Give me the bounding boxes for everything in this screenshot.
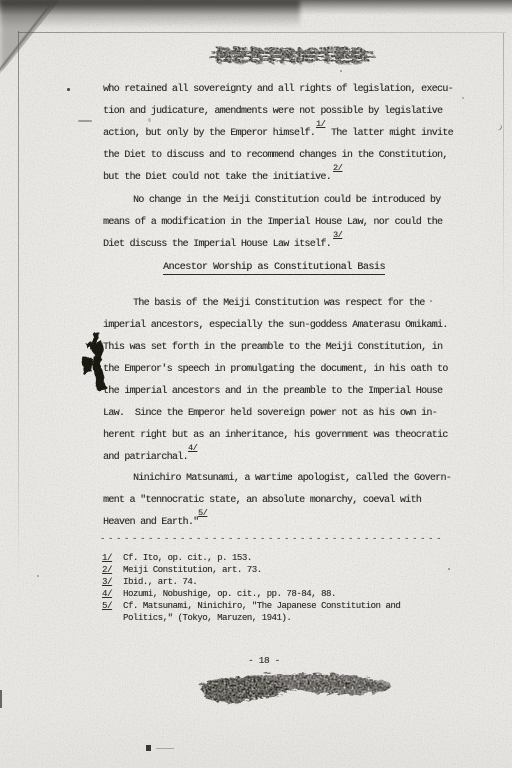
footnote-ref-3: 3/ [333, 230, 342, 240]
stray-dot [448, 568, 450, 570]
body-line: Heaven and Earth." [103, 517, 198, 528]
body-line: ment a "tennocratic state, an absolute m… [103, 495, 421, 506]
body-line: tion and judicature, amendments were not… [103, 106, 442, 117]
censor-scribble-stamp [196, 667, 392, 705]
body-line: the Emperor's speech in promulgating the… [103, 364, 448, 375]
footnote-text: Politics," (Tokyo, Maruzen, 1941). [123, 613, 291, 623]
body-line: Law. Since the Emperor held sovereign po… [103, 408, 437, 419]
body-line: The basis of the Meiji Constitution was … [133, 298, 425, 309]
ink-blot [80, 330, 112, 392]
body-line: This was set forth in the preamble to th… [103, 342, 442, 353]
footnote-text: Cf. Ito, op. cit., p. 153. [123, 553, 252, 563]
footnote-ref-4: 4/ [188, 443, 197, 453]
body-line: who retained all sovereignty and all rig… [103, 84, 453, 95]
bottom-stray-tail [156, 748, 174, 749]
footnote-marker: 1/ [102, 553, 123, 563]
page-number: - 18 - [248, 655, 280, 666]
left-edge-mark [0, 690, 2, 708]
footnote-ref-2: 2/ [333, 163, 342, 173]
stray-dot [462, 97, 464, 99]
footnote-text: Ibid., art. 74. [123, 577, 197, 587]
footnote-marker: 5/ [102, 601, 123, 611]
footnote-marker: 2/ [102, 565, 123, 575]
footnote-text: Cf. Matsunami, Ninichiro, "The Japanese … [123, 601, 400, 611]
typewritten-text-layer: who retained all sovereignty and all rig… [0, 0, 512, 768]
body-line: the imperial ancestors and in the preamb… [103, 386, 442, 397]
stray-dot [37, 575, 39, 577]
body-line: but the Diet could not take the initiati… [103, 172, 331, 183]
footnote-item: 4/Hozumi, Nobushige, op. cit., pp. 78-84… [102, 589, 336, 599]
body-line: means of a modification in the Imperial … [103, 217, 442, 228]
censor-scribble-marks [198, 672, 389, 701]
body-line: Diet discuss the Imperial House Law itse… [103, 239, 331, 250]
stray-dot [340, 70, 342, 72]
stray-dot [430, 300, 432, 302]
footnote-item: 1/Cf. Ito, op. cit., p. 153. [102, 553, 252, 563]
body-line: and patriarchal. [103, 452, 188, 463]
section-heading: Ancestor Worship as Constitutional Basis [163, 262, 385, 275]
body-line: the Diet to discuss and to recommend cha… [103, 150, 448, 161]
body-line: No change in the Meiji Constitution coul… [133, 195, 440, 206]
stray-smudge [148, 118, 151, 122]
bottom-stray-mark [146, 745, 151, 751]
footnote-item: 5/Cf. Matsunami, Ninichiro, "The Japanes… [102, 601, 400, 611]
body-line: imperial ancestors, especially the sun-g… [103, 320, 448, 331]
footnote-ref-5: 5/ [198, 508, 207, 518]
footnote-marker: 4/ [102, 589, 123, 599]
footnote-text: Meiji Constitution, art. 73. [123, 565, 262, 575]
footnote-separator: - - - - - - - - - - - - - - - - - - - - … [100, 534, 440, 544]
stray-smudge [78, 120, 92, 122]
document-page: RESTRICTED who retained all sovereignty … [0, 0, 512, 768]
stray-dot [67, 88, 70, 91]
footnote-item: 2/Meiji Constitution, art. 73. [102, 565, 262, 575]
footnote-item: Politics," (Tokyo, Maruzen, 1941). [102, 613, 291, 623]
body-line: Ninichiro Matsunami, a wartime apologist… [133, 473, 451, 484]
footnote-text: Hozumi, Nobushige, op. cit., pp. 78-84, … [123, 589, 336, 599]
body-line: action, but only by the Emperor himself.… [103, 128, 453, 139]
body-line: herent right but as an inheritance, his … [103, 430, 448, 441]
footnote-marker: 3/ [102, 577, 123, 587]
footnote-item: 3/Ibid., art. 74. [102, 577, 197, 587]
footnote-ref-1: 1/ [316, 119, 325, 129]
